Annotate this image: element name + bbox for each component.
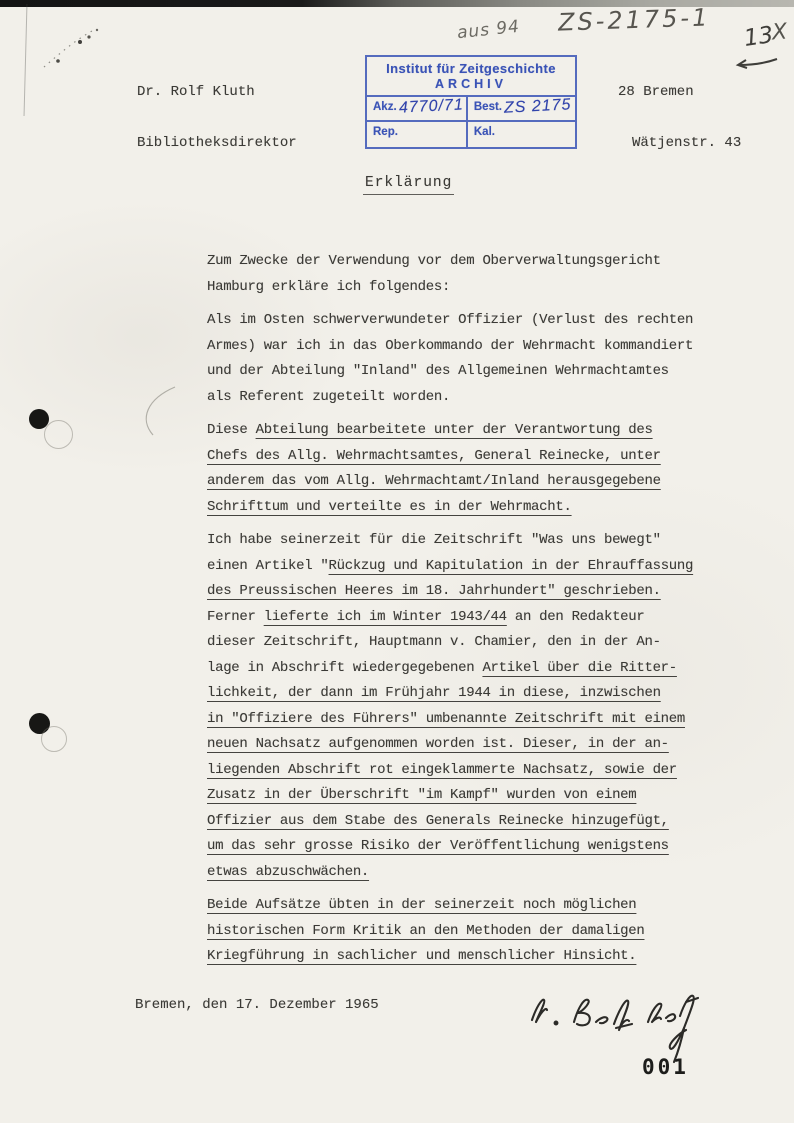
text-line: lage in Abschrift wiedergegebenen Artike… — [207, 656, 727, 682]
pencil-squiggle-mark — [40, 15, 120, 75]
text-line: als Referent zugeteilt worden. — [207, 385, 727, 411]
text-line: Als im Osten schwerverwundeter Offizier … — [207, 308, 727, 334]
paragraph: Zum Zwecke der Verwendung vor dem Oberve… — [207, 249, 727, 300]
text-line: historischen Form Kritik an den Methoden… — [207, 919, 727, 945]
sender-name: Dr. Rolf Kluth — [137, 84, 297, 101]
paragraph: Diese Abteilung bearbeitete unter der Ve… — [207, 418, 727, 520]
stamp-kal-label: Kal. — [474, 126, 495, 138]
text-line: Chefs des Allg. Wehrmachtsamtes, General… — [207, 444, 727, 470]
archive-reference-note: ZS-2175-1 — [558, 3, 711, 36]
text-line: lichkeit, der dann im Frühjahr 1944 in d… — [207, 681, 727, 707]
pencil-arc-mark — [133, 385, 185, 437]
date-line: Bremen, den 17. Dezember 1965 — [135, 997, 379, 1013]
text-line: Hamburg erkläre ich folgendes: — [207, 275, 727, 301]
address-city: 28 Bremen — [618, 84, 741, 101]
text-line: Ferner lieferte ich im Winter 1943/44 an… — [207, 605, 727, 631]
stamp-institute-name: Institut für Zeitgeschichte — [367, 61, 575, 76]
text-line: des Preussischen Heeres im 18. Jahrhunde… — [207, 579, 727, 605]
text-line: Schrifttum und verteilte es in der Wehrm… — [207, 495, 727, 521]
paragraph: Als im Osten schwerverwundeter Offizier … — [207, 308, 727, 410]
text-line: um das sehr grosse Risiko der Veröffentl… — [207, 834, 727, 860]
text-line: Kriegführung in sachlicher und menschlic… — [207, 944, 727, 970]
text-line: und der Abteilung "Inland" des Allgemein… — [207, 359, 727, 385]
address-block: 28 Bremen Wätjenstr. 43 — [618, 50, 741, 186]
text-line: Diese Abteilung bearbeitete unter der Ve… — [207, 418, 727, 444]
archive-stamp: Institut für Zeitgeschichte ARCHIV Akz. … — [365, 55, 577, 149]
text-line: etwas abzuschwächen. — [207, 860, 727, 886]
corner-number-note: 13 — [742, 22, 775, 52]
text-line: neuen Nachsatz aufgenommen worden ist. D… — [207, 732, 727, 758]
sender-title: Bibliotheksdirektor — [137, 135, 297, 152]
text-line: dieser Zeitschrift, Hauptmann v. Chamier… — [207, 630, 727, 656]
document-title: Erklärung — [363, 175, 454, 195]
stamp-row-rep-kal: Rep. Kal. — [367, 122, 575, 147]
address-street: Wätjenstr. 43 — [632, 135, 741, 152]
arrow-icon — [735, 56, 779, 70]
stamp-best-label: Best. — [474, 101, 502, 113]
pencil-note: aus 94 — [456, 17, 521, 43]
text-line: anderem das vom Allg. Wehrmachtamt/Inlan… — [207, 469, 727, 495]
text-line: Ich habe seinerzeit für die Zeitschrift … — [207, 528, 727, 554]
paragraph: Beide Aufsätze übten in der seinerzeit n… — [207, 893, 727, 970]
paragraph: Ich habe seinerzeit für die Zeitschrift … — [207, 528, 727, 885]
text-line: liegenden Abschrift rot eingeklammerte N… — [207, 758, 727, 784]
stamp-best-value: ZS 2175 — [503, 96, 571, 118]
scan-left-artifact — [24, 4, 28, 116]
text-line: Beide Aufsätze übten in der seinerzeit n… — [207, 893, 727, 919]
stamp-rep-label: Rep. — [373, 126, 398, 138]
stamp-akz-value: 4770/71 — [399, 96, 465, 117]
text-line: einen Artikel "Rückzug und Kapitulation … — [207, 554, 727, 580]
scanned-document-page: ZS-2175-1 aus 94 13 X Dr. Rolf Kluth Bib… — [0, 0, 794, 1123]
stamp-kal-cell: Kal. — [468, 122, 572, 147]
hole-punch-ring — [44, 420, 73, 449]
page-number-stamp: 001 — [642, 1055, 689, 1079]
stamp-akz-label: Akz. — [373, 101, 397, 113]
text-line: Offizier aus dem Stabe des Generals Rein… — [207, 809, 727, 835]
corner-cross-mark: X — [771, 20, 788, 46]
stamp-title: Institut für Zeitgeschichte ARCHIV — [367, 57, 575, 97]
stamp-row-akz-best: Akz. 4770/71 Best. ZS 2175 — [367, 97, 575, 122]
sender-block: Dr. Rolf Kluth Bibliotheksdirektor — [137, 50, 297, 186]
text-line: Armes) war ich in das Oberkommando der W… — [207, 334, 727, 360]
hole-punch-ring — [41, 726, 67, 752]
stamp-best-cell: Best. ZS 2175 — [468, 97, 572, 120]
text-line: Zusatz in der Überschrift "im Kampf" wur… — [207, 783, 727, 809]
stamp-akz-cell: Akz. 4770/71 — [367, 97, 468, 120]
document-body: Zum Zwecke der Verwendung vor dem Oberve… — [207, 249, 727, 978]
stamp-archive-label: ARCHIV — [367, 77, 575, 91]
text-line: Zum Zwecke der Verwendung vor dem Oberve… — [207, 249, 727, 275]
stamp-rep-cell: Rep. — [367, 122, 468, 147]
text-line: in "Offiziere des Führers" umbenannte Ze… — [207, 707, 727, 733]
